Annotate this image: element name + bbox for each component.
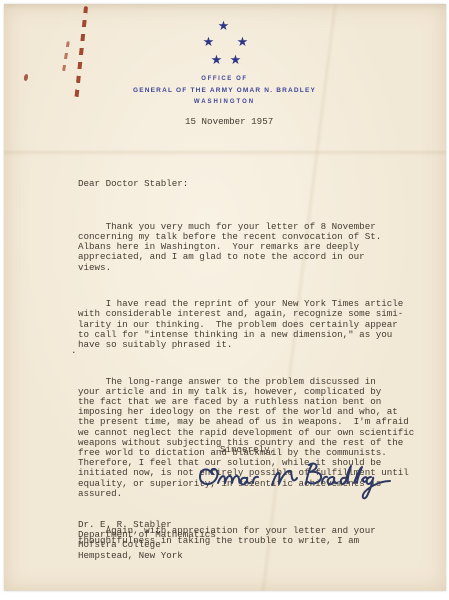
paragraph: Thank you very much for your letter of 8… [78,222,438,273]
letter-scan: ★ ★ ★ ★ ★ OFFICE OF GENERAL OF THE ARMY … [0,0,449,600]
signature-omar-bradley [196,459,400,505]
letter-date: 15 November 1957 [185,117,273,127]
star-icon: ★ [210,54,223,67]
star-icon: ★ [236,36,249,49]
closing: Sincerely, [220,445,275,455]
star-icon: ★ [202,36,215,49]
letterhead-city-line: WASHINGTON [0,99,449,105]
star-icon: ★ [217,20,230,33]
recipient-address: Dr. E. R. Stabler Department of Mathemat… [78,520,216,561]
salutation: Dear Doctor Stabler: [78,179,438,189]
star-icon: ★ [229,54,242,67]
paragraph: I have read the reprint of your New York… [78,299,438,350]
letterhead-office-line: OFFICE OF [0,76,449,82]
letterhead-name-line: GENERAL OF THE ARMY OMAR N. BRADLEY [0,87,449,94]
letter-body: Dear Doctor Stabler: Thank you very much… [78,159,438,572]
stray-typed-mark: . [71,346,77,356]
